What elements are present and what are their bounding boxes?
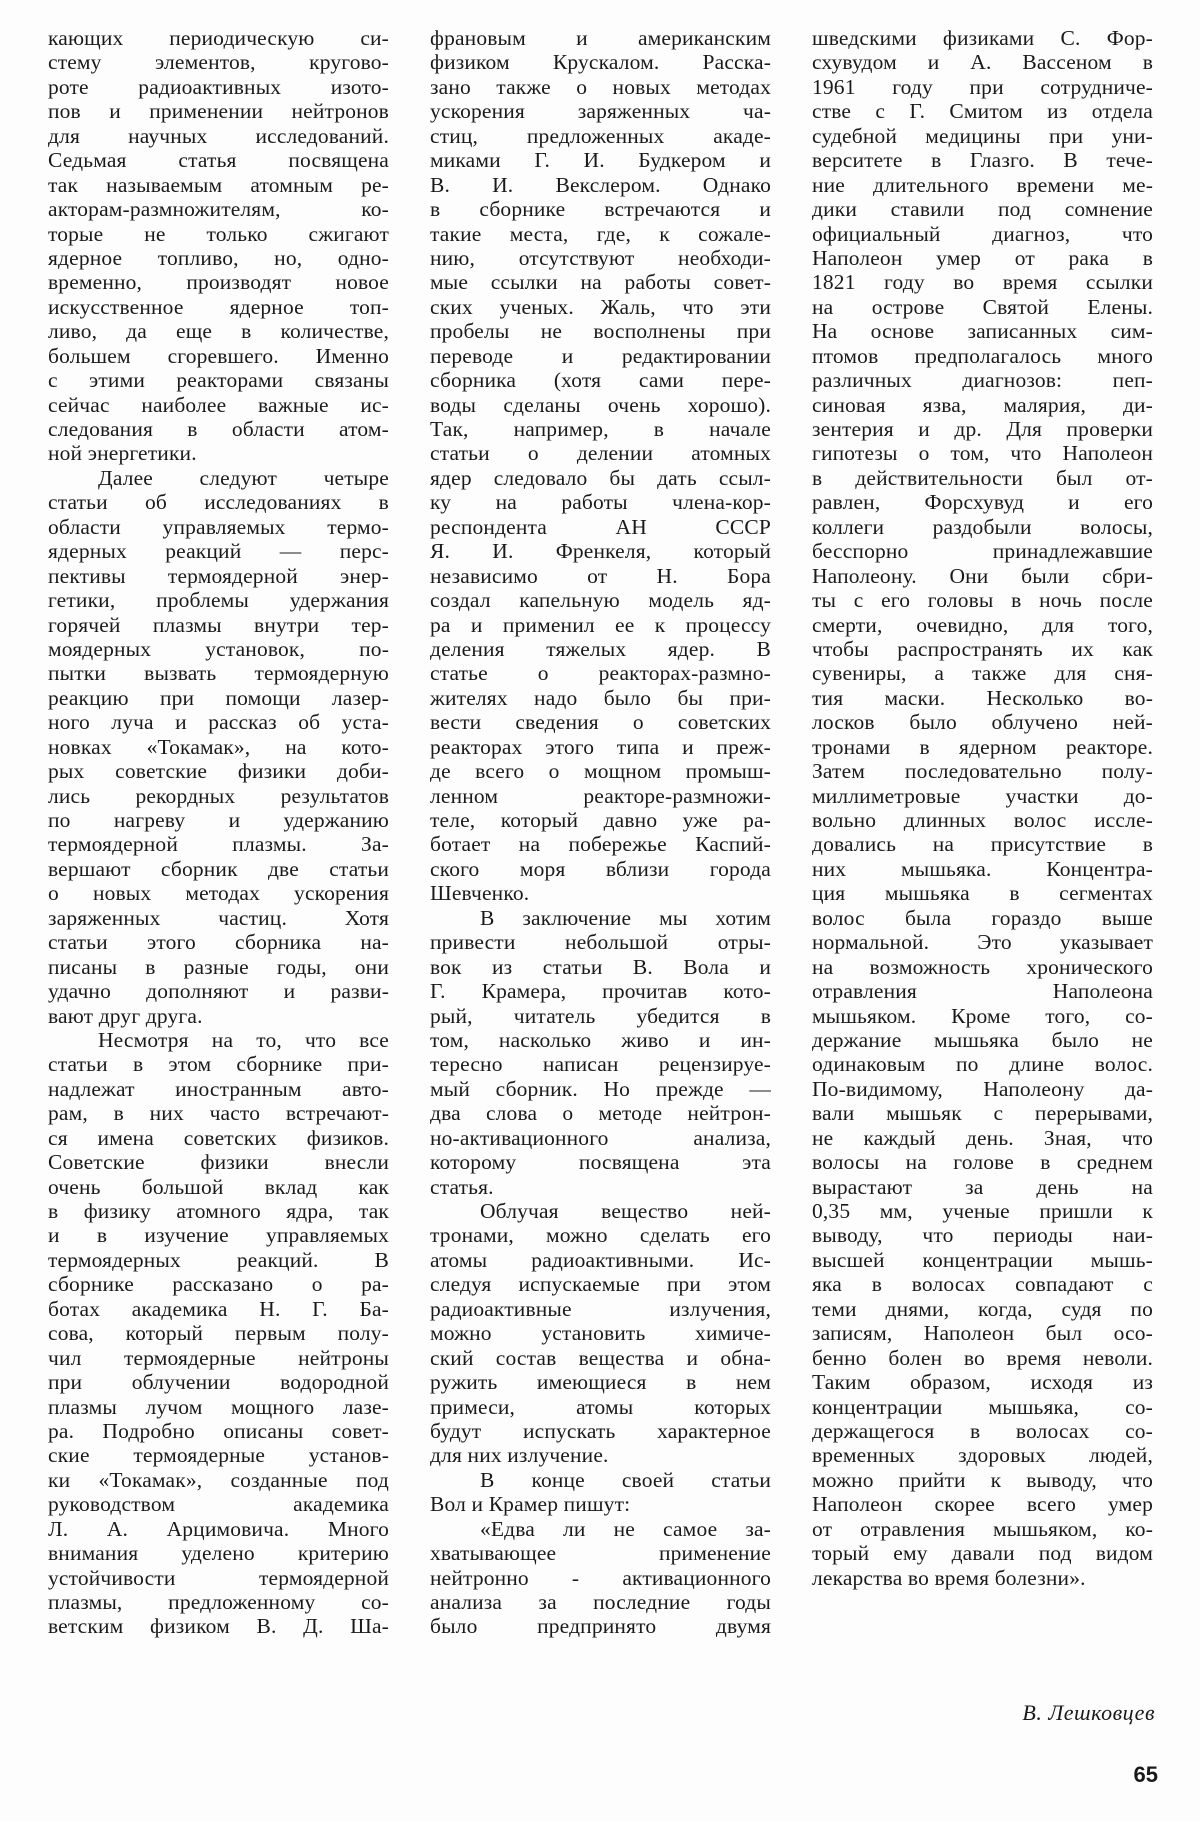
text-column-2: франовым и американскимфизиком Крускалом… xyxy=(430,26,771,1639)
text-line: статья. xyxy=(430,1175,771,1199)
text-line: временных здоровых людей, xyxy=(812,1443,1153,1467)
text-line: Шевченко. xyxy=(430,881,771,905)
magazine-page: кающих периодическую си-стему элементов,… xyxy=(0,0,1200,1822)
text-line: ленном реакторе-размножи- xyxy=(430,784,771,808)
text-line: синовая язва, малярия, ди- xyxy=(812,393,1153,417)
text-line: В. И. Векслером. Однако xyxy=(430,173,771,197)
text-line: Затем последовательно полу- xyxy=(812,759,1153,783)
text-line: схувудом и А. Вассеном в xyxy=(812,50,1153,74)
text-line: вали мышьяк с перерывами, xyxy=(812,1101,1153,1125)
text-line: тия маски. Несколько во- xyxy=(812,686,1153,710)
text-line: большем сгоревшего. Именно xyxy=(48,344,389,368)
text-line: франовым и американским xyxy=(430,26,771,50)
text-line: привести небольшой отры- xyxy=(430,930,771,954)
text-line: Л. А. Арцимовича. Много xyxy=(48,1517,389,1541)
text-line: Так, например, в начале xyxy=(430,417,771,441)
text-line: В конце своей статьи xyxy=(430,1468,771,1492)
text-line: Несмотря на то, что все xyxy=(48,1028,389,1052)
text-line: различных диагнозов: пеп- xyxy=(812,368,1153,392)
paragraph: франовым и американскимфизиком Крускалом… xyxy=(430,26,771,906)
text-line: них мышьяка. Концентра- xyxy=(812,857,1153,881)
text-line: в действительности был от- xyxy=(812,466,1153,490)
text-line: о новых методах ускорения xyxy=(48,881,389,905)
text-line: нию, отсутствуют необходи- xyxy=(430,246,771,270)
text-line: На основе записанных сим- xyxy=(812,319,1153,343)
text-line: ские термоядерные установ- xyxy=(48,1443,389,1467)
text-line: нейтронно - активационного xyxy=(430,1566,771,1590)
text-line: писаны в разные годы, они xyxy=(48,955,389,979)
text-line: «Едва ли не самое за- xyxy=(430,1517,771,1541)
text-line: по нагреву и удержанию xyxy=(48,808,389,832)
text-line: сувениры, а также для сня- xyxy=(812,661,1153,685)
text-line: равлен, Форсхувуд и его xyxy=(812,490,1153,514)
text-line: стве с Г. Смитом из отдела xyxy=(812,99,1153,123)
text-line: для научных исследований. xyxy=(48,124,389,148)
text-line: мый сборник. Но прежде — xyxy=(430,1077,771,1101)
text-line: пективы термоядерной энер- xyxy=(48,564,389,588)
author-signature: В. Лешковцев xyxy=(1022,1700,1155,1726)
text-line: очень большой вклад как xyxy=(48,1175,389,1199)
text-line: ки «Токамак», созданные под xyxy=(48,1468,389,1492)
text-line: ядерных реакций — перс- xyxy=(48,539,389,563)
text-line: ускорения заряженных ча- xyxy=(430,99,771,123)
text-line: концентрации мышьяка, со- xyxy=(812,1395,1153,1419)
text-line: стиц, предложенных акаде- xyxy=(430,124,771,148)
text-line: Вол и Крамер пишут: xyxy=(430,1492,771,1516)
text-line: де всего о мощном промыш- xyxy=(430,759,771,783)
text-line: ливо, да еще в количестве, xyxy=(48,319,389,343)
text-line: отравления Наполеона xyxy=(812,979,1153,1003)
text-line: переводе и редактировании xyxy=(430,344,771,368)
text-line: радиоактивные излучения, xyxy=(430,1297,771,1321)
text-line: ра. Подробно описаны совет- xyxy=(48,1419,389,1443)
text-line: горячей плазмы внутри тер- xyxy=(48,613,389,637)
text-line: По-видимому, Наполеону да- xyxy=(812,1077,1153,1101)
text-line: Облучая вещество ней- xyxy=(430,1199,771,1223)
text-line: ся имена советских физиков. xyxy=(48,1126,389,1150)
text-line: вок из статьи В. Вола и xyxy=(430,955,771,979)
text-line: было предпринято двумя xyxy=(430,1614,771,1638)
text-line: гетики, проблемы удержания xyxy=(48,588,389,612)
paragraph: кающих периодическую си-стему элементов,… xyxy=(48,26,389,466)
text-line: для них излучение. xyxy=(430,1443,771,1467)
text-line: в сборнике встречаются и xyxy=(430,197,771,221)
text-line: временно, производят новое xyxy=(48,270,389,294)
text-line: пробелы не восполнены при xyxy=(430,319,771,343)
text-line: торый ему давали под видом xyxy=(812,1541,1153,1565)
paragraph: В конце своей статьиВол и Крамер пишут: xyxy=(430,1468,771,1517)
text-line: ного луча и рассказ об уста- xyxy=(48,710,389,734)
text-line: ского моря вблизи города xyxy=(430,857,771,881)
text-line: лекарства во время болезни». xyxy=(812,1566,1153,1590)
text-line: искусственное ядерное топ- xyxy=(48,295,389,319)
text-column-1: кающих периодическую си-стему элементов,… xyxy=(48,26,389,1639)
text-line: ция мышьяка в сегментах xyxy=(812,881,1153,905)
text-line: 0,35 мм, ученые пришли к xyxy=(812,1199,1153,1223)
text-line: создал капельную модель яд- xyxy=(430,588,771,612)
text-line: плазмы лучом мощного лазе- xyxy=(48,1395,389,1419)
text-line: области управляемых термо- xyxy=(48,515,389,539)
text-line: дики ставили под сомнение xyxy=(812,197,1153,221)
text-line: выводу, что периоды наи- xyxy=(812,1223,1153,1247)
paragraph: Несмотря на то, что всестатьи в этом сбо… xyxy=(48,1028,389,1639)
text-line: при облучении водородной xyxy=(48,1370,389,1394)
text-line: статьи о делении атомных xyxy=(430,441,771,465)
text-line: волосы на голове в среднем xyxy=(812,1150,1153,1174)
text-line: мые ссылки на работы совет- xyxy=(430,270,771,294)
text-line: роте радиоактивных изото- xyxy=(48,75,389,99)
text-line: высшей концентрации мышь- xyxy=(812,1248,1153,1272)
text-line: довались на присутствие в xyxy=(812,832,1153,856)
paragraph: Облучая вещество ней-тронами, можно сдел… xyxy=(430,1199,771,1468)
text-line: 1961 году при сотрудниче- xyxy=(812,75,1153,99)
text-line: ботает на побережье Каспий- xyxy=(430,832,771,856)
text-line: бенно болен во время неволи. xyxy=(812,1346,1153,1370)
text-line: которому посвящена эта xyxy=(430,1150,771,1174)
text-line: одинаковым по длине волос. xyxy=(812,1052,1153,1076)
text-line: миллиметровые участки до- xyxy=(812,784,1153,808)
text-line: яка в волосах совпадают с xyxy=(812,1272,1153,1296)
text-line: плазмы, предложенному со- xyxy=(48,1590,389,1614)
text-line: птомов предполагалось много xyxy=(812,344,1153,368)
text-line: стему элементов, кругово- xyxy=(48,50,389,74)
text-line: моядерных установок, по- xyxy=(48,637,389,661)
text-line: удачно дополняют и разви- xyxy=(48,979,389,1003)
text-line: чтобы распространять их как xyxy=(812,637,1153,661)
text-line: внимания уделено критерию xyxy=(48,1541,389,1565)
text-line: В заключение мы хотим xyxy=(430,906,771,930)
text-line: но-активационного анализа, xyxy=(430,1126,771,1150)
text-line: ра и применил ее к процессу xyxy=(430,613,771,637)
text-line: статьи этого сборника на- xyxy=(48,930,389,954)
text-line: два слова о методе нейтрон- xyxy=(430,1101,771,1125)
text-line: независимо от Н. Бора xyxy=(430,564,771,588)
text-line: коллеги раздобыли волосы, xyxy=(812,515,1153,539)
text-line: ядер следовало бы дать ссыл- xyxy=(430,466,771,490)
text-line: сборнике рассказано о ра- xyxy=(48,1272,389,1296)
text-line: официальный диагноз, что xyxy=(812,222,1153,246)
text-line: рый, читатель убедится в xyxy=(430,1004,771,1028)
text-line: ной энергетики. xyxy=(48,441,389,465)
text-line: реакцию при помощи лазер- xyxy=(48,686,389,710)
text-line: теле, который давно уже ра- xyxy=(430,808,771,832)
text-line: сборника (хотя сами пере- xyxy=(430,368,771,392)
text-line: нормальной. Это указывает xyxy=(812,930,1153,954)
text-line: термоядерной плазмы. За- xyxy=(48,832,389,856)
text-line: волос была гораздо выше xyxy=(812,906,1153,930)
text-line: заряженных частиц. Хотя xyxy=(48,906,389,930)
text-line: и в изучение управляемых xyxy=(48,1223,389,1247)
text-line: реакторах этого типа и преж- xyxy=(430,735,771,759)
text-line: ние длительного времени ме- xyxy=(812,173,1153,197)
text-line: можно прийти к выводу, что xyxy=(812,1468,1153,1492)
text-line: ты с его головы в ночь после xyxy=(812,588,1153,612)
text-line: шведскими физиками С. Фор- xyxy=(812,26,1153,50)
text-line: тересно написан рецензируе- xyxy=(430,1052,771,1076)
text-line: том, насколько живо и ин- xyxy=(430,1028,771,1052)
text-line: физиком Крускалом. Расска- xyxy=(430,50,771,74)
page-number: 65 xyxy=(1134,1762,1158,1788)
paragraph: «Едва ли не самое за-хватывающее примене… xyxy=(430,1517,771,1639)
text-line: рых советские физики доби- xyxy=(48,759,389,783)
text-line: пов и применении нейтронов xyxy=(48,99,389,123)
text-line: можно установить химиче- xyxy=(430,1321,771,1345)
text-line: вырастают за день на xyxy=(812,1175,1153,1199)
text-line: ских ученых. Жаль, что эти xyxy=(430,295,771,319)
text-line: чил термоядерные нейтроны xyxy=(48,1346,389,1370)
text-line: новках «Токамак», на кото- xyxy=(48,735,389,759)
text-line: ядерное топливо, но, одно- xyxy=(48,246,389,270)
text-line: будут испускать характерное xyxy=(430,1419,771,1443)
text-line: вести сведения о советских xyxy=(430,710,771,734)
text-line: руководством академика xyxy=(48,1492,389,1516)
text-line: такие места, где, к сожале- xyxy=(430,222,771,246)
text-line: вершают сборник две статьи xyxy=(48,857,389,881)
text-line: Таким образом, исходя из xyxy=(812,1370,1153,1394)
text-line: вольно длинных волос иссле- xyxy=(812,808,1153,832)
text-column-3: шведскими физиками С. Фор-схувудом и А. … xyxy=(812,26,1153,1590)
text-line: атомы радиоактивными. Ис- xyxy=(430,1248,771,1272)
text-line: термоядерных реакций. В xyxy=(48,1248,389,1272)
text-line: вают друг друга. xyxy=(48,1004,389,1028)
text-line: верситете в Глазго. В тече- xyxy=(812,148,1153,172)
paragraph: шведскими физиками С. Фор-схувудом и А. … xyxy=(812,26,1153,1590)
text-line: анализа за последние годы xyxy=(430,1590,771,1614)
text-line: Далее следуют четыре xyxy=(48,466,389,490)
text-line: торые не только сжигают xyxy=(48,222,389,246)
text-line: рам, в них часто встречают- xyxy=(48,1101,389,1125)
text-line: ский состав вещества и обна- xyxy=(430,1346,771,1370)
paragraph: Далее следуют четырестатьи об исследован… xyxy=(48,466,389,1028)
text-line: не каждый день. Зная, что xyxy=(812,1126,1153,1150)
text-line: кающих периодическую си- xyxy=(48,26,389,50)
text-line: Я. И. Френкеля, который xyxy=(430,539,771,563)
text-line: Седьмая статья посвящена xyxy=(48,148,389,172)
text-line: Г. Крамера, прочитав кото- xyxy=(430,979,771,1003)
text-line: сейчас наиболее важные ис- xyxy=(48,393,389,417)
text-line: записям, Наполеон был осо- xyxy=(812,1321,1153,1345)
text-line: устойчивости термоядерной xyxy=(48,1566,389,1590)
text-line: пытки вызвать термоядерную xyxy=(48,661,389,685)
text-line: статьи в этом сборнике при- xyxy=(48,1052,389,1076)
text-line: на возможность хронического xyxy=(812,955,1153,979)
text-line: респондента АН СССР xyxy=(430,515,771,539)
text-line: статье о реакторах-размно- xyxy=(430,661,771,685)
text-line: так называемым атомным ре- xyxy=(48,173,389,197)
text-line: примеси, атомы которых xyxy=(430,1395,771,1419)
text-line: на острове Святой Елены. xyxy=(812,295,1153,319)
text-line: следуя испускаемые при этом xyxy=(430,1272,771,1296)
text-line: Наполеон скорее всего умер xyxy=(812,1492,1153,1516)
text-line: теми днями, когда, судя по xyxy=(812,1297,1153,1321)
text-line: с этими реакторами связаны xyxy=(48,368,389,392)
text-line: держащегося в волосах со- xyxy=(812,1419,1153,1443)
text-line: тронами в ядерном реакторе. xyxy=(812,735,1153,759)
text-line: деления тяжелых ядер. В xyxy=(430,637,771,661)
text-line: ветским физиком В. Д. Ша- xyxy=(48,1614,389,1638)
text-line: Наполеон умер от рака в xyxy=(812,246,1153,270)
text-line: бесспорно принадлежавшие xyxy=(812,539,1153,563)
text-line: в физику атомного ядра, так xyxy=(48,1199,389,1223)
text-line: статьи об исследованиях в xyxy=(48,490,389,514)
text-line: сова, который первым полу- xyxy=(48,1321,389,1345)
text-line: ботах академика Н. Г. Ба- xyxy=(48,1297,389,1321)
text-line: акторам-размножителям, ко- xyxy=(48,197,389,221)
text-line: ку на работы члена-кор- xyxy=(430,490,771,514)
text-line: судебной медицины при уни- xyxy=(812,124,1153,148)
text-line: надлежат иностранным авто- xyxy=(48,1077,389,1101)
text-line: Наполеону. Они были сбри- xyxy=(812,564,1153,588)
paragraph: В заключение мы хотимпривести небольшой … xyxy=(430,906,771,1199)
text-line: держание мышьяка было не xyxy=(812,1028,1153,1052)
text-line: гипотезы о том, что Наполеон xyxy=(812,441,1153,465)
text-line: от отравления мышьяком, ко- xyxy=(812,1517,1153,1541)
text-line: 1821 году во время ссылки xyxy=(812,270,1153,294)
text-line: зентерия и др. Для проверки xyxy=(812,417,1153,441)
text-line: мышьяком. Кроме того, со- xyxy=(812,1004,1153,1028)
text-line: лись рекордных результатов xyxy=(48,784,389,808)
text-line: смерти, очевидно, для того, xyxy=(812,613,1153,637)
text-line: зано также о новых методах xyxy=(430,75,771,99)
text-line: жителях надо было бы при- xyxy=(430,686,771,710)
text-line: ружить имеющиеся в нем xyxy=(430,1370,771,1394)
text-line: лосков было облучено ней- xyxy=(812,710,1153,734)
text-line: тронами, можно сделать его xyxy=(430,1223,771,1247)
text-line: воды сделаны очень хорошо). xyxy=(430,393,771,417)
text-line: хватывающее применение xyxy=(430,1541,771,1565)
text-line: Советские физики внесли xyxy=(48,1150,389,1174)
text-line: следования в области атом- xyxy=(48,417,389,441)
text-line: миками Г. И. Будкером и xyxy=(430,148,771,172)
